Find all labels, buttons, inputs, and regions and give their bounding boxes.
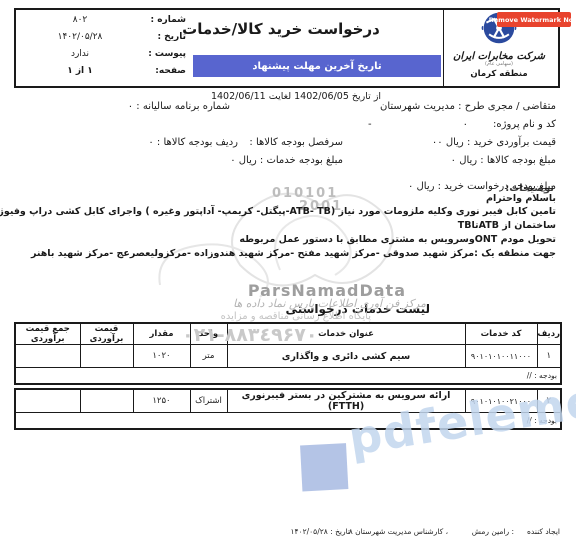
- description-greeting: باسلام واحترام: [486, 193, 556, 204]
- description-line-3: تحویل مودم ONTوسرویس به مشتری مطابق با د…: [239, 234, 556, 245]
- meta-attachment-label: پیوست :: [134, 48, 186, 61]
- company-subtitle: (سهامی عام): [440, 62, 558, 67]
- meta-date-value: ۱۴۰۲/۰۵/۲۸: [26, 31, 134, 44]
- meta-page-value: ۱ از ۱: [26, 65, 134, 78]
- col-row-header: ردیف: [537, 323, 561, 345]
- meta-number-row: شماره : ۸۰۲: [26, 14, 186, 27]
- parsnamad-watermark-line2: پایگاه اطلاع رسانی مناقصه و مزایده: [221, 311, 371, 322]
- goods-budget-row-field: ردیف بودجه کالاها : ۰: [148, 137, 238, 148]
- service-2-unit: اشتراک: [190, 389, 227, 413]
- service-2-qty: ۱۲۵۰: [133, 389, 190, 413]
- parsnamad-watermark-line1: مرکز فن آوری اطلاعات پارس نماد داده ها: [233, 297, 426, 310]
- service-1-total-price: [15, 345, 80, 368]
- meta-date-label: تاریخ :: [134, 31, 186, 44]
- col-unitprice-header: قیمت برآوردی: [80, 323, 133, 345]
- service-2-total-price: [15, 389, 80, 413]
- purchase-request-document: 010101 2001 درخواست خرید کالا/خدمات تاری…: [0, 0, 576, 546]
- goods-budget-amount-field: مبلغ بودجه کالاها : ریال ۰: [451, 155, 556, 166]
- pdfelement-logo-icon: [300, 443, 348, 491]
- project-code-label: کد و نام پروژه:: [493, 119, 556, 130]
- applicant-field: متقاضی / مجری طرح : مدیریت شهرستان: [380, 101, 556, 112]
- service-1-title: سیم کشی دائری و واگذاری: [227, 345, 465, 368]
- description-line-2: ساختمان از ATBتاTB: [458, 220, 556, 231]
- meta-attachment-row: پیوست : ندارد: [26, 48, 186, 61]
- annual-program-field: شماره برنامه سالیانه : ۰: [128, 101, 230, 112]
- meta-number-value: ۸۰۲: [26, 14, 134, 27]
- footer-date: تاریخ : ۱۴۰۲/۰۵/۲۸: [291, 527, 351, 536]
- estimated-price-field: قیمت برآوردی خرید : ریال ۰۰: [432, 137, 556, 148]
- meta-number-label: شماره :: [134, 14, 186, 27]
- document-meta: شماره : ۸۰۲ تاریخ : ۱۴۰۲/۰۵/۲۸ پیوست : ن…: [26, 14, 186, 82]
- meta-attachment-value: ندارد: [26, 48, 134, 61]
- remove-watermark-badge[interactable]: Remove Watermark Now: [497, 12, 571, 27]
- service-1-unit: متر: [190, 345, 227, 368]
- col-code-header: کد خدمات: [465, 323, 537, 345]
- goods-budget-heading-field: سرفصل بودجه کالاها :: [249, 137, 343, 148]
- description-line-4: جهت منطقه یک :مرکز شهید صدوقی -مرکز شهید…: [31, 248, 556, 259]
- creator-label: ایجاد کننده: [527, 527, 560, 536]
- meta-page-label: صفحه:: [134, 65, 186, 78]
- service-row-1: ۱ ۹۰۱۰۱۰۱۰۰۱۱۰۰۰ سیم کشی دائری و واگذاری…: [15, 345, 561, 368]
- creator-role: ، کارشناس مدیریت شهرستان ۸: [349, 527, 448, 536]
- parsnamad-watermark-phone: ۰۲۱-۸۸۳٤۹۶۷۰: [182, 324, 317, 346]
- deadline-range: از تاریخ 1402/06/05 لغایت 1402/06/11: [166, 91, 426, 102]
- service-1-qty: ۱۰۲۰: [133, 345, 190, 368]
- description-line-1: تامین کابل فیبر نوری وکلیه ملزومات مورد …: [0, 206, 556, 217]
- meta-page-row: صفحه: ۱ از ۱: [26, 65, 186, 78]
- service-2-unit-price: [80, 389, 133, 413]
- project-name-dash: -: [368, 119, 372, 130]
- deadline-banner: تاریخ آخرین مهلت پیشنهاد: [193, 55, 441, 77]
- services-budget-amount-field: مبلغ بودجه خدمات : ریال ۰: [230, 155, 343, 166]
- creator-name: : رامین رمش: [472, 527, 514, 536]
- company-region: منطقه کرمان: [440, 69, 558, 79]
- meta-date-row: تاریخ : ۱۴۰۲/۰۵/۲۸: [26, 31, 186, 44]
- service-1-unit-price: [80, 345, 133, 368]
- service-1-code: ۹۰۱۰۱۰۱۰۰۱۱۰۰۰: [465, 345, 537, 368]
- col-total-header: جمع قیمت برآوردی: [15, 323, 80, 345]
- project-code-value: ۰: [463, 119, 468, 130]
